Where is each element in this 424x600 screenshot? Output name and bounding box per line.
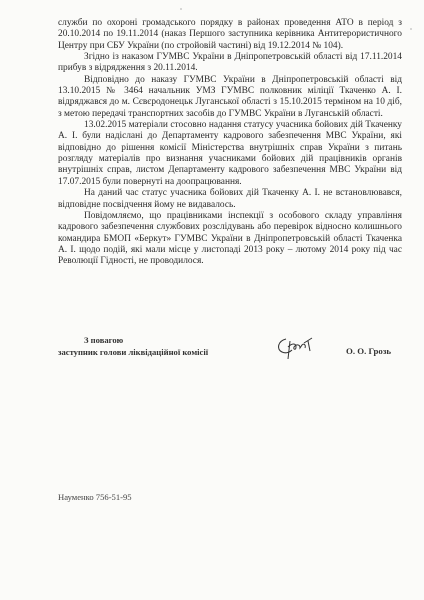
paragraph-combatant-status-materials: 13.02.2015 матеріали стосовно надання ст… — [58, 120, 402, 188]
scan-speck — [410, 28, 412, 30]
paragraph-return-order: Згідно із наказом ГУМВС України в Дніпро… — [58, 52, 402, 75]
contact-note: Науменко 756-51-95 — [58, 492, 132, 502]
paragraph-ato-service: служби по охороні громадського порядку в… — [58, 18, 402, 52]
signer-position: заступник голови ліквідаційної комісії — [58, 347, 208, 359]
signature-icon — [272, 333, 322, 363]
letter-body: служби по охороні громадського порядку в… — [58, 18, 402, 268]
closing-block: З повагою заступник голови ліквідаційної… — [58, 335, 208, 358]
scan-speck — [180, 8, 182, 10]
document-page: служби по охороні громадського порядку в… — [0, 0, 424, 600]
signer-name: О. О. Грозь — [346, 346, 391, 356]
paragraph-no-investigations: Повідомляємо, що працівниками інспекції … — [58, 211, 402, 268]
paragraph-status-not-established: На даний час статус учасника бойових дій… — [58, 188, 402, 211]
closing-regards: З повагою — [58, 335, 208, 347]
paragraph-severodonetsk-trip: Відповідно до наказу ГУМВС України в Дні… — [58, 75, 402, 120]
